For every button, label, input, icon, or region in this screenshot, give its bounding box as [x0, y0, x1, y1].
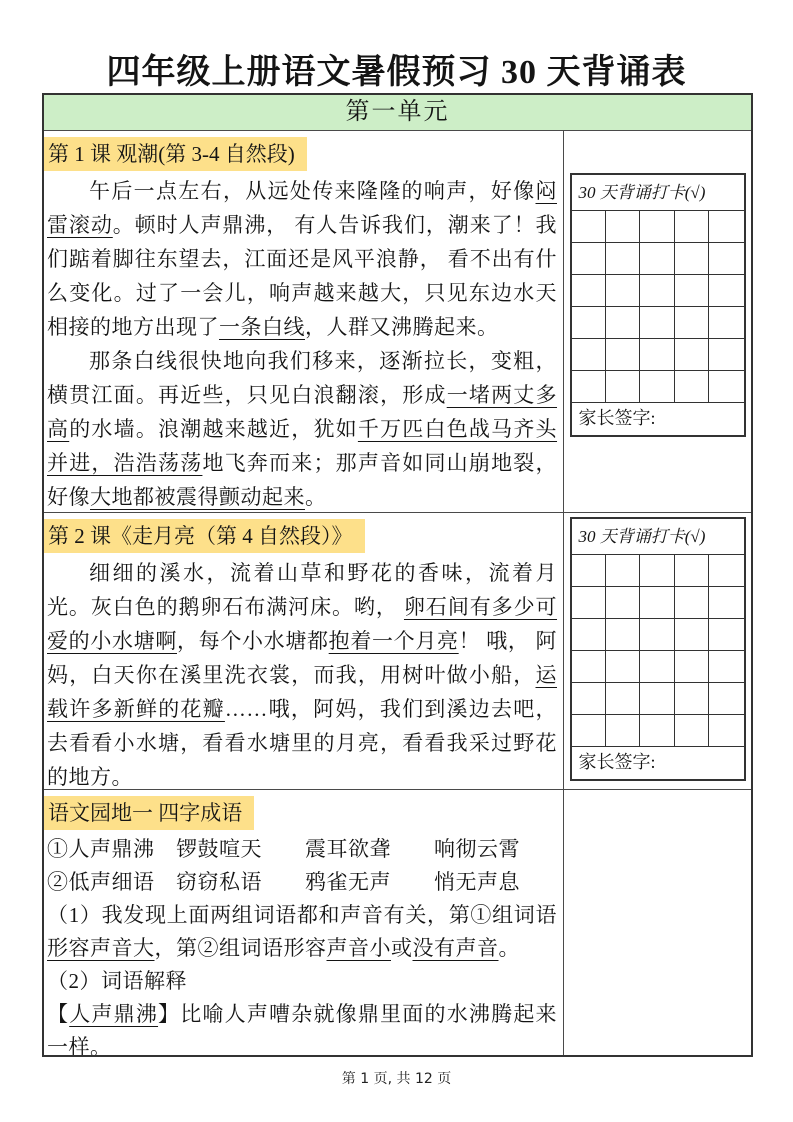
checkin-day-cell [709, 715, 743, 747]
checkin-day-cell [572, 307, 606, 339]
lesson-text-cell: 语文园地一 四字成语①人声鼎沸 锣鼓喧天 震耳欲聋 响彻云霄②低声细语 窃窃私语… [44, 790, 564, 1055]
checkin-day-cell [606, 371, 640, 403]
checkin-day-cell [572, 211, 606, 243]
text-run: 午后一点左右，从远处传来隆隆的响声，好像 [89, 179, 536, 203]
text-run: ②低声细语 窃窃私语 鸦雀无声 悄无声息 [47, 870, 520, 894]
checkin-day-cell [606, 275, 640, 307]
checkin-card-title: 30 天背诵打卡(√) [572, 519, 744, 555]
lesson-text-cell: 第 2 课《走月亮（第 4 自然段）》细细的溪水，流着山草和野花的香味，流着月光… [44, 513, 564, 789]
lesson-paragraph: （2）词语解释 [47, 965, 557, 998]
lesson-paragraph: 【人声鼎沸】比喻人声嘈杂就像鼎里面的水沸腾起来一样。 [47, 998, 557, 1055]
section-row: 第 1 课 观潮(第 3-4 自然段)午后一点左右，从远处传来隆隆的响声，好像闷… [44, 131, 751, 512]
checkin-day-cell [640, 587, 674, 619]
text-run: ，每个小水塘都 [177, 629, 329, 653]
checkin-day-cell [709, 587, 743, 619]
checkin-day-cell [572, 371, 606, 403]
checkin-day-cell [640, 619, 674, 651]
page-title: 四年级上册语文暑假预习 30 天背诵表 [0, 44, 793, 93]
checkin-day-cell [572, 715, 606, 747]
lesson-heading-highlight: 第 1 课 观潮(第 3-4 自然段) [44, 137, 307, 171]
checkin-day-cell [675, 587, 709, 619]
checkin-day-cell [606, 619, 640, 651]
checkin-cell-column: 30 天背诵打卡(√)家长签字: [564, 513, 751, 789]
checkin-cell-column [564, 790, 751, 1055]
section-row: 语文园地一 四字成语①人声鼎沸 锣鼓喧天 震耳欲聋 响彻云霄②低声细语 窃窃私语… [44, 789, 751, 1055]
checkin-day-cell [675, 275, 709, 307]
checkin-day-cell [606, 683, 640, 715]
checkin-day-cell [606, 339, 640, 371]
lesson-text-cell: 第 1 课 观潮(第 3-4 自然段)午后一点左右，从远处传来隆隆的响声，好像闷… [44, 131, 564, 512]
checkin-day-cell [640, 339, 674, 371]
checkin-day-cell [709, 555, 743, 587]
text-run: 。 [499, 936, 521, 960]
checkin-day-cell [640, 555, 674, 587]
checkin-day-cell [675, 243, 709, 275]
checkin-day-cell [606, 243, 640, 275]
checkin-card: 30 天背诵打卡(√)家长签字: [570, 517, 746, 781]
page-number: 第 1 页, 共 12 页 [0, 1068, 793, 1088]
checkin-day-cell [572, 619, 606, 651]
checkin-day-cell [675, 651, 709, 683]
emphasis-underline: 声音小 [327, 936, 392, 960]
checkin-day-cell [572, 683, 606, 715]
emphasis-underline: 大地都被震得颤动起来 [90, 485, 305, 509]
checkin-day-cell [572, 651, 606, 683]
checkin-day-cell [606, 715, 640, 747]
checkin-day-cell [675, 211, 709, 243]
lesson-paragraph: （1）我发现上面两组词语都和声音有关，第①组词语形容声音大，第②组词语形容声音小… [47, 899, 557, 965]
text-run: 。 [305, 485, 327, 509]
checkin-grid [572, 555, 744, 747]
text-run: 的水墙。浪潮越来越近，犹如 [69, 417, 358, 441]
lesson-paragraph: 细细的溪水，流着山草和野花的香味，流着月光。灰白色的鹅卵石布满河床。哟， 卵石间… [47, 556, 557, 789]
checkin-day-cell [606, 307, 640, 339]
text-run: 或 [391, 936, 413, 960]
lesson-paragraph: 那条白线很快地向我们移来，逐渐拉长，变粗，横贯江面。再近些，只见白浪翻滚，形成一… [47, 344, 557, 512]
checkin-day-cell [675, 555, 709, 587]
checkin-day-cell [640, 243, 674, 275]
checkin-day-cell [709, 683, 743, 715]
text-run: 【 [47, 1002, 69, 1026]
emphasis-underline: 人声鼎沸 [69, 1002, 158, 1026]
checkin-day-cell [709, 307, 743, 339]
checkin-day-cell [640, 211, 674, 243]
checkin-card: 30 天背诵打卡(√)家长签字: [570, 173, 746, 437]
emphasis-underline: 形容声音大 [47, 936, 155, 960]
checkin-day-cell [572, 339, 606, 371]
lesson-heading-highlight: 第 2 课《走月亮（第 4 自然段）》 [44, 519, 365, 553]
lesson-heading-highlight: 语文园地一 四字成语 [44, 796, 254, 830]
checkin-day-cell [640, 307, 674, 339]
text-run: ，人群又沸腾起来。 [305, 315, 499, 339]
checkin-day-cell [640, 651, 674, 683]
text-run: （2）词语解释 [47, 969, 187, 993]
section-row: 第 2 课《走月亮（第 4 自然段）》细细的溪水，流着山草和野花的香味，流着月光… [44, 512, 751, 789]
checkin-day-cell [675, 683, 709, 715]
checkin-day-cell [709, 371, 743, 403]
emphasis-underline: 没有声音 [413, 936, 499, 960]
lesson-paragraph: 午后一点左右，从远处传来隆隆的响声，好像闷雷滚动。顿时人声鼎沸， 有人告诉我们，… [47, 174, 557, 344]
text-run: ，第②组词语形容 [155, 936, 327, 960]
checkin-card-title: 30 天背诵打卡(√) [572, 175, 744, 211]
checkin-day-cell [675, 307, 709, 339]
lesson-heading: 语文园地一 四字成语 [44, 796, 557, 830]
checkin-cell-column: 30 天背诵打卡(√)家长签字: [564, 131, 751, 512]
checkin-day-cell [709, 275, 743, 307]
text-run: （1）我发现上面两组词语都和声音有关，第①组词语 [47, 903, 557, 927]
checkin-day-cell [709, 243, 743, 275]
emphasis-underline: 一条白线 [219, 315, 305, 339]
checkin-day-cell [675, 339, 709, 371]
checkin-day-cell [572, 555, 606, 587]
checkin-day-cell [606, 211, 640, 243]
checkin-day-cell [640, 275, 674, 307]
checkin-day-cell [572, 243, 606, 275]
checkin-day-cell [675, 715, 709, 747]
checkin-day-cell [675, 619, 709, 651]
checkin-day-cell [640, 683, 674, 715]
checkin-day-cell [709, 211, 743, 243]
checkin-day-cell [606, 555, 640, 587]
checkin-day-cell [675, 371, 709, 403]
checkin-day-cell [709, 619, 743, 651]
unit-header: 第一单元 [44, 95, 751, 131]
emphasis-underline: 抱着一个月亮 [329, 629, 459, 653]
checkin-day-cell [606, 587, 640, 619]
recitation-table: 第一单元 第 1 课 观潮(第 3-4 自然段)午后一点左右，从远处传来隆隆的响… [42, 93, 753, 1057]
checkin-day-cell [572, 275, 606, 307]
checkin-day-cell [572, 587, 606, 619]
lesson-heading: 第 2 课《走月亮（第 4 自然段）》 [44, 519, 557, 553]
text-run: ①人声鼎沸 锣鼓喧天 震耳欲聋 响彻云霄 [47, 837, 520, 861]
parent-signature-label: 家长签字: [572, 403, 744, 435]
checkin-day-cell [606, 651, 640, 683]
checkin-day-cell [640, 715, 674, 747]
checkin-grid [572, 211, 744, 403]
lesson-paragraph: ②低声细语 窃窃私语 鸦雀无声 悄无声息 [47, 866, 557, 899]
sections: 第 1 课 观潮(第 3-4 自然段)午后一点左右，从远处传来隆隆的响声，好像闷… [44, 131, 751, 1055]
lesson-paragraph: ①人声鼎沸 锣鼓喧天 震耳欲聋 响彻云霄 [47, 833, 557, 866]
checkin-day-cell [640, 371, 674, 403]
checkin-day-cell [709, 651, 743, 683]
parent-signature-label: 家长签字: [572, 747, 744, 779]
lesson-heading: 第 1 课 观潮(第 3-4 自然段) [44, 137, 557, 171]
checkin-day-cell [709, 339, 743, 371]
